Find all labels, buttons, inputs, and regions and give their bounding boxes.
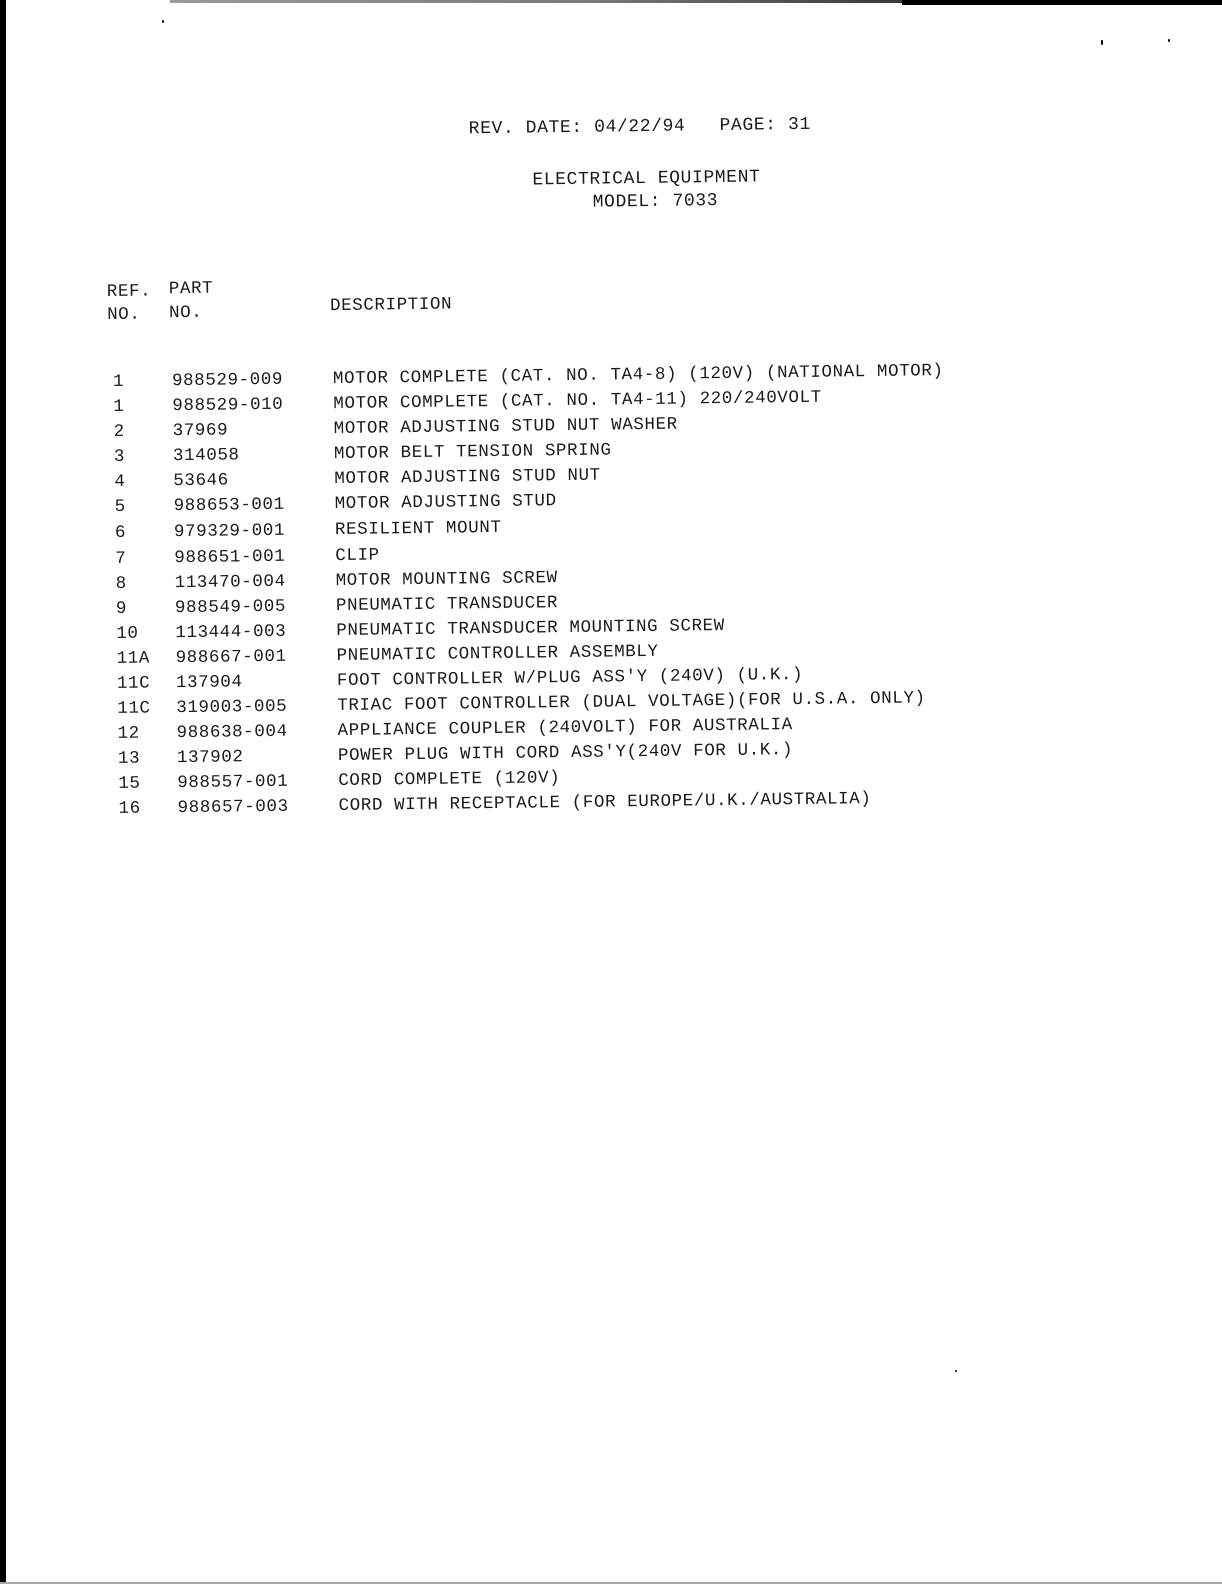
part-no: 988651-001: [174, 549, 285, 568]
description: MOTOR ADJUSTING STUD: [335, 493, 557, 513]
part-no: 314058: [173, 447, 240, 465]
ref-no: 15: [118, 776, 140, 794]
parts-table: 1 988529-009 MOTOR COMPLETE (CAT. NO. TA…: [0, 0, 1217, 1]
description: CORD COMPLETE (120V): [338, 770, 560, 790]
part-no: 319003-005: [176, 699, 287, 718]
ref-no: 3: [114, 449, 125, 467]
part-no: 137904: [176, 674, 243, 692]
description: CORD WITH RECEPTACLE (FOR EUROPE/U.K./AU…: [338, 791, 871, 815]
description: MOTOR COMPLETE (CAT. NO. TA4-11) 220/240…: [333, 390, 822, 414]
description: RESILIENT MOUNT: [335, 520, 502, 540]
ref-no: 12: [118, 726, 140, 744]
ref-no: 1: [113, 374, 124, 392]
ref-no: 16: [119, 801, 141, 819]
col-header-ref-line1: REF.: [107, 283, 152, 301]
model-label: MODEL:: [593, 192, 662, 213]
document-title: ELECTRICAL EQUIPMENT: [532, 168, 760, 189]
model-value: 7033: [672, 191, 718, 212]
ref-no: 2: [114, 424, 125, 442]
ref-no: 10: [116, 626, 138, 644]
page-label: PAGE:: [719, 115, 776, 136]
part-no: 988529-009: [172, 372, 283, 391]
ref-no: 9: [116, 601, 127, 619]
rev-date-label: REV. DATE:: [469, 118, 583, 139]
ref-no: 6: [115, 525, 126, 543]
part-no: 113444-003: [175, 624, 286, 643]
rev-date-value: 04/22/94: [594, 116, 685, 137]
ref-no: 4: [114, 474, 125, 492]
part-no: 979329-001: [174, 523, 285, 542]
document-page: REV. DATE: 04/22/94 PAGE: 31 ELECTRICAL …: [0, 0, 1222, 1584]
description: FOOT CONTROLLER W/PLUG ASS'Y (240V) (U.K…: [337, 667, 803, 691]
ref-no: 7: [115, 551, 126, 569]
ref-no: 1: [113, 399, 124, 417]
description: PNEUMATIC CONTROLLER ASSEMBLY: [337, 644, 659, 666]
description: PNEUMATIC TRANSDUCER: [336, 595, 558, 615]
description: CLIP: [335, 547, 380, 565]
description: MOTOR ADJUSTING STUD NUT: [334, 468, 601, 489]
col-header-part-line2: NO.: [169, 305, 203, 323]
ref-no: 11C: [117, 675, 151, 693]
description: MOTOR MOUNTING SCREW: [336, 570, 558, 590]
part-no: 988657-003: [178, 799, 289, 818]
rev-date-line: REV. DATE: 04/22/94 PAGE: 31: [469, 116, 811, 138]
col-header-part-line1: PART: [169, 281, 214, 299]
col-header-description: DESCRIPTION: [330, 297, 452, 316]
ref-no: 13: [118, 751, 140, 769]
part-no: 37969: [173, 422, 229, 440]
part-no: 988638-004: [177, 724, 288, 743]
description: POWER PLUG WITH CORD ASS'Y(240V FOR U.K.…: [338, 742, 793, 765]
description: MOTOR BELT TENSION SPRING: [334, 442, 612, 463]
part-no: 988529-010: [172, 397, 283, 416]
part-no: 988549-005: [175, 599, 286, 618]
ref-no: 8: [116, 576, 127, 594]
ref-no: 11C: [117, 700, 151, 718]
part-no: 137902: [177, 749, 244, 767]
description: PNEUMATIC TRANSDUCER MOUNTING SCREW: [336, 618, 725, 641]
ref-no: 11A: [117, 651, 151, 669]
ref-no: 5: [115, 499, 126, 517]
page-number: 31: [788, 115, 811, 135]
part-no: 988667-001: [176, 649, 287, 668]
part-no: 113470-004: [175, 574, 286, 593]
part-no: 53646: [173, 472, 229, 490]
model-line: MODEL: 7033: [593, 192, 719, 212]
description: MOTOR ADJUSTING STUD NUT WASHER: [334, 417, 678, 439]
part-no: 988653-001: [174, 497, 285, 516]
description: MOTOR COMPLETE (CAT. NO. TA4-8) (120V) (…: [333, 363, 944, 388]
description: APPLIANCE COUPLER (240VOLT) FOR AUSTRALI…: [338, 717, 793, 740]
description: TRIAC FOOT CONTROLLER (DUAL VOLTAGE)(FOR…: [337, 690, 926, 715]
col-header-ref-line2: NO.: [107, 307, 141, 325]
part-no: 988557-001: [177, 774, 288, 793]
